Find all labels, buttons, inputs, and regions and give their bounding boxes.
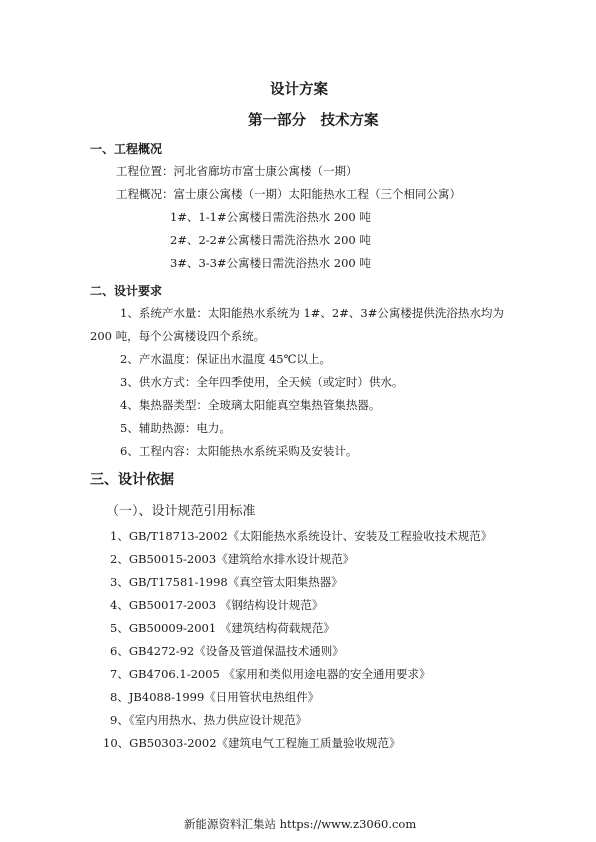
requirement-item: 1、系统产水量：太阳能热水系统为 1#、2#、3#公寓楼提供洗浴热水均为 xyxy=(120,305,504,321)
requirement-item-continued: 200 吨，每个公寓楼设四个系统。 xyxy=(90,328,265,344)
requirement-item: 2、产水温度：保证出水温度 45℃以上。 xyxy=(120,351,331,367)
section-heading-requirements: 二、设计要求 xyxy=(90,282,162,299)
requirement-item: 6、工程内容：太阳能热水系统采购及安装计。 xyxy=(120,443,357,459)
requirement-item: 4、集热器类型：全玻璃太阳能真空集热管集热器。 xyxy=(120,397,380,413)
standard-item: 9、《室内用热水、热力供应设计规范》 xyxy=(110,712,307,728)
section-heading-overview: 一、工程概况 xyxy=(90,140,162,157)
standard-item: 6、GB4272-92《设备及管道保温技术通则》 xyxy=(110,643,344,659)
document-title: 设计方案 xyxy=(270,78,328,99)
standard-item: 3、GB/T17581-1998《真空管太阳集热器》 xyxy=(110,574,343,590)
footer-watermark: 新能源资料汇集站 https://www.z3060.com xyxy=(184,816,416,832)
standard-item: 2、GB50015-2003《建筑给水排水设计规范》 xyxy=(110,551,354,567)
standard-item: 8、JB4088-1999《日用管状电热组件》 xyxy=(110,689,319,705)
section-heading-basis: 三、设计依据 xyxy=(90,469,174,489)
standard-item: 1、GB/T18713-2002《太阳能热水系统设计、安装及工程验收技术规范》 xyxy=(110,528,492,544)
project-location: 工程位置：河北省廊坊市富士康公寓楼（一期） xyxy=(116,163,358,179)
subsection-heading-standards: （一）、设计规范引用标准 xyxy=(106,500,256,519)
building-item: 1#、1-1#公寓楼日需洗浴热水 200 吨 xyxy=(170,209,371,225)
project-overview: 工程概况：富士康公寓楼（一期）太阳能热水工程（三个相同公寓） xyxy=(116,186,461,202)
standard-item: 4、GB50017-2003 《钢结构设计规范》 xyxy=(110,597,323,613)
requirement-item: 3、供水方式：全年四季使用，全天候（或定时）供水。 xyxy=(120,374,403,390)
building-item: 2#、2-2#公寓楼日需洗浴热水 200 吨 xyxy=(170,232,371,248)
standard-item: 10、GB50303-2002《建筑电气工程施工质量验收规范》 xyxy=(103,735,401,751)
standard-item: 7、GB4706.1-2005 《家用和类似用途电器的安全通用要求》 xyxy=(110,666,431,682)
standard-item: 5、GB50009-2001 《建筑结构荷载规范》 xyxy=(110,620,335,636)
building-item: 3#、3-3#公寓楼日需洗浴热水 200 吨 xyxy=(170,255,371,271)
document-subtitle: 第一部分 技术方案 xyxy=(248,109,379,130)
requirement-item: 5、辅助热源：电力。 xyxy=(120,420,231,436)
